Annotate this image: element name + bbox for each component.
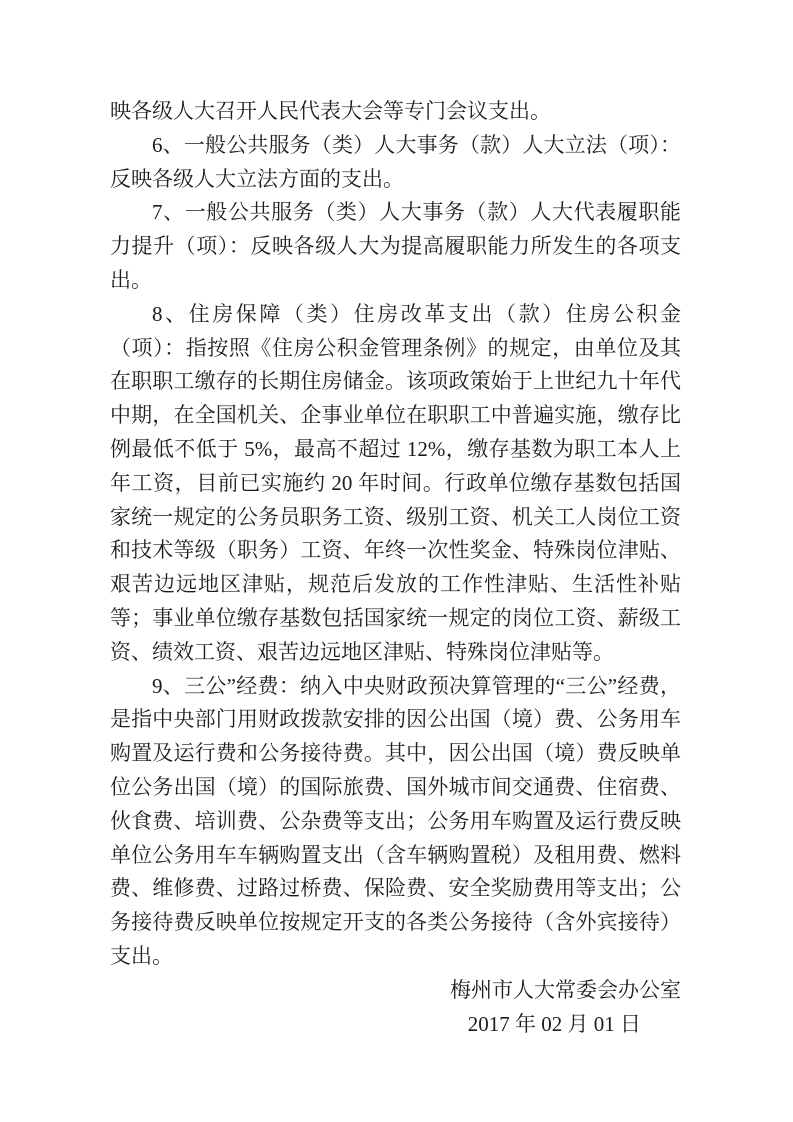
body-paragraph-item-9: 9、三公”经费：纳入中央财政预决算管理的“三公”经费，是指中央部门用财政拨款安排… bbox=[110, 670, 681, 974]
document-body: 映各级人大召开人民代表大会等专门会议支出。 6、一般公共服务（类）人大事务（款）… bbox=[110, 95, 681, 1041]
signature: 梅州市人大常委会办公室 bbox=[110, 974, 681, 1008]
body-paragraph-item-8: 8、住房保障（类）住房改革支出（款）住房公积金（项）：指按照《住房公积金管理条例… bbox=[110, 298, 681, 670]
date-line: 2017 年 02 月 01 日 bbox=[110, 1008, 681, 1042]
body-paragraph-item-7: 7、一般公共服务（类）人大事务（款）人大代表履职能力提升（项）：反映各级人大为提… bbox=[110, 196, 681, 297]
body-paragraph-item-6: 6、一般公共服务（类）人大事务（款）人大立法（项）：反映各级人大立法方面的支出。 bbox=[110, 129, 681, 197]
document-page: 映各级人大召开人民代表大会等专门会议支出。 6、一般公共服务（类）人大事务（款）… bbox=[0, 0, 793, 1122]
body-paragraph-continuation: 映各级人大召开人民代表大会等专门会议支出。 bbox=[110, 95, 681, 129]
